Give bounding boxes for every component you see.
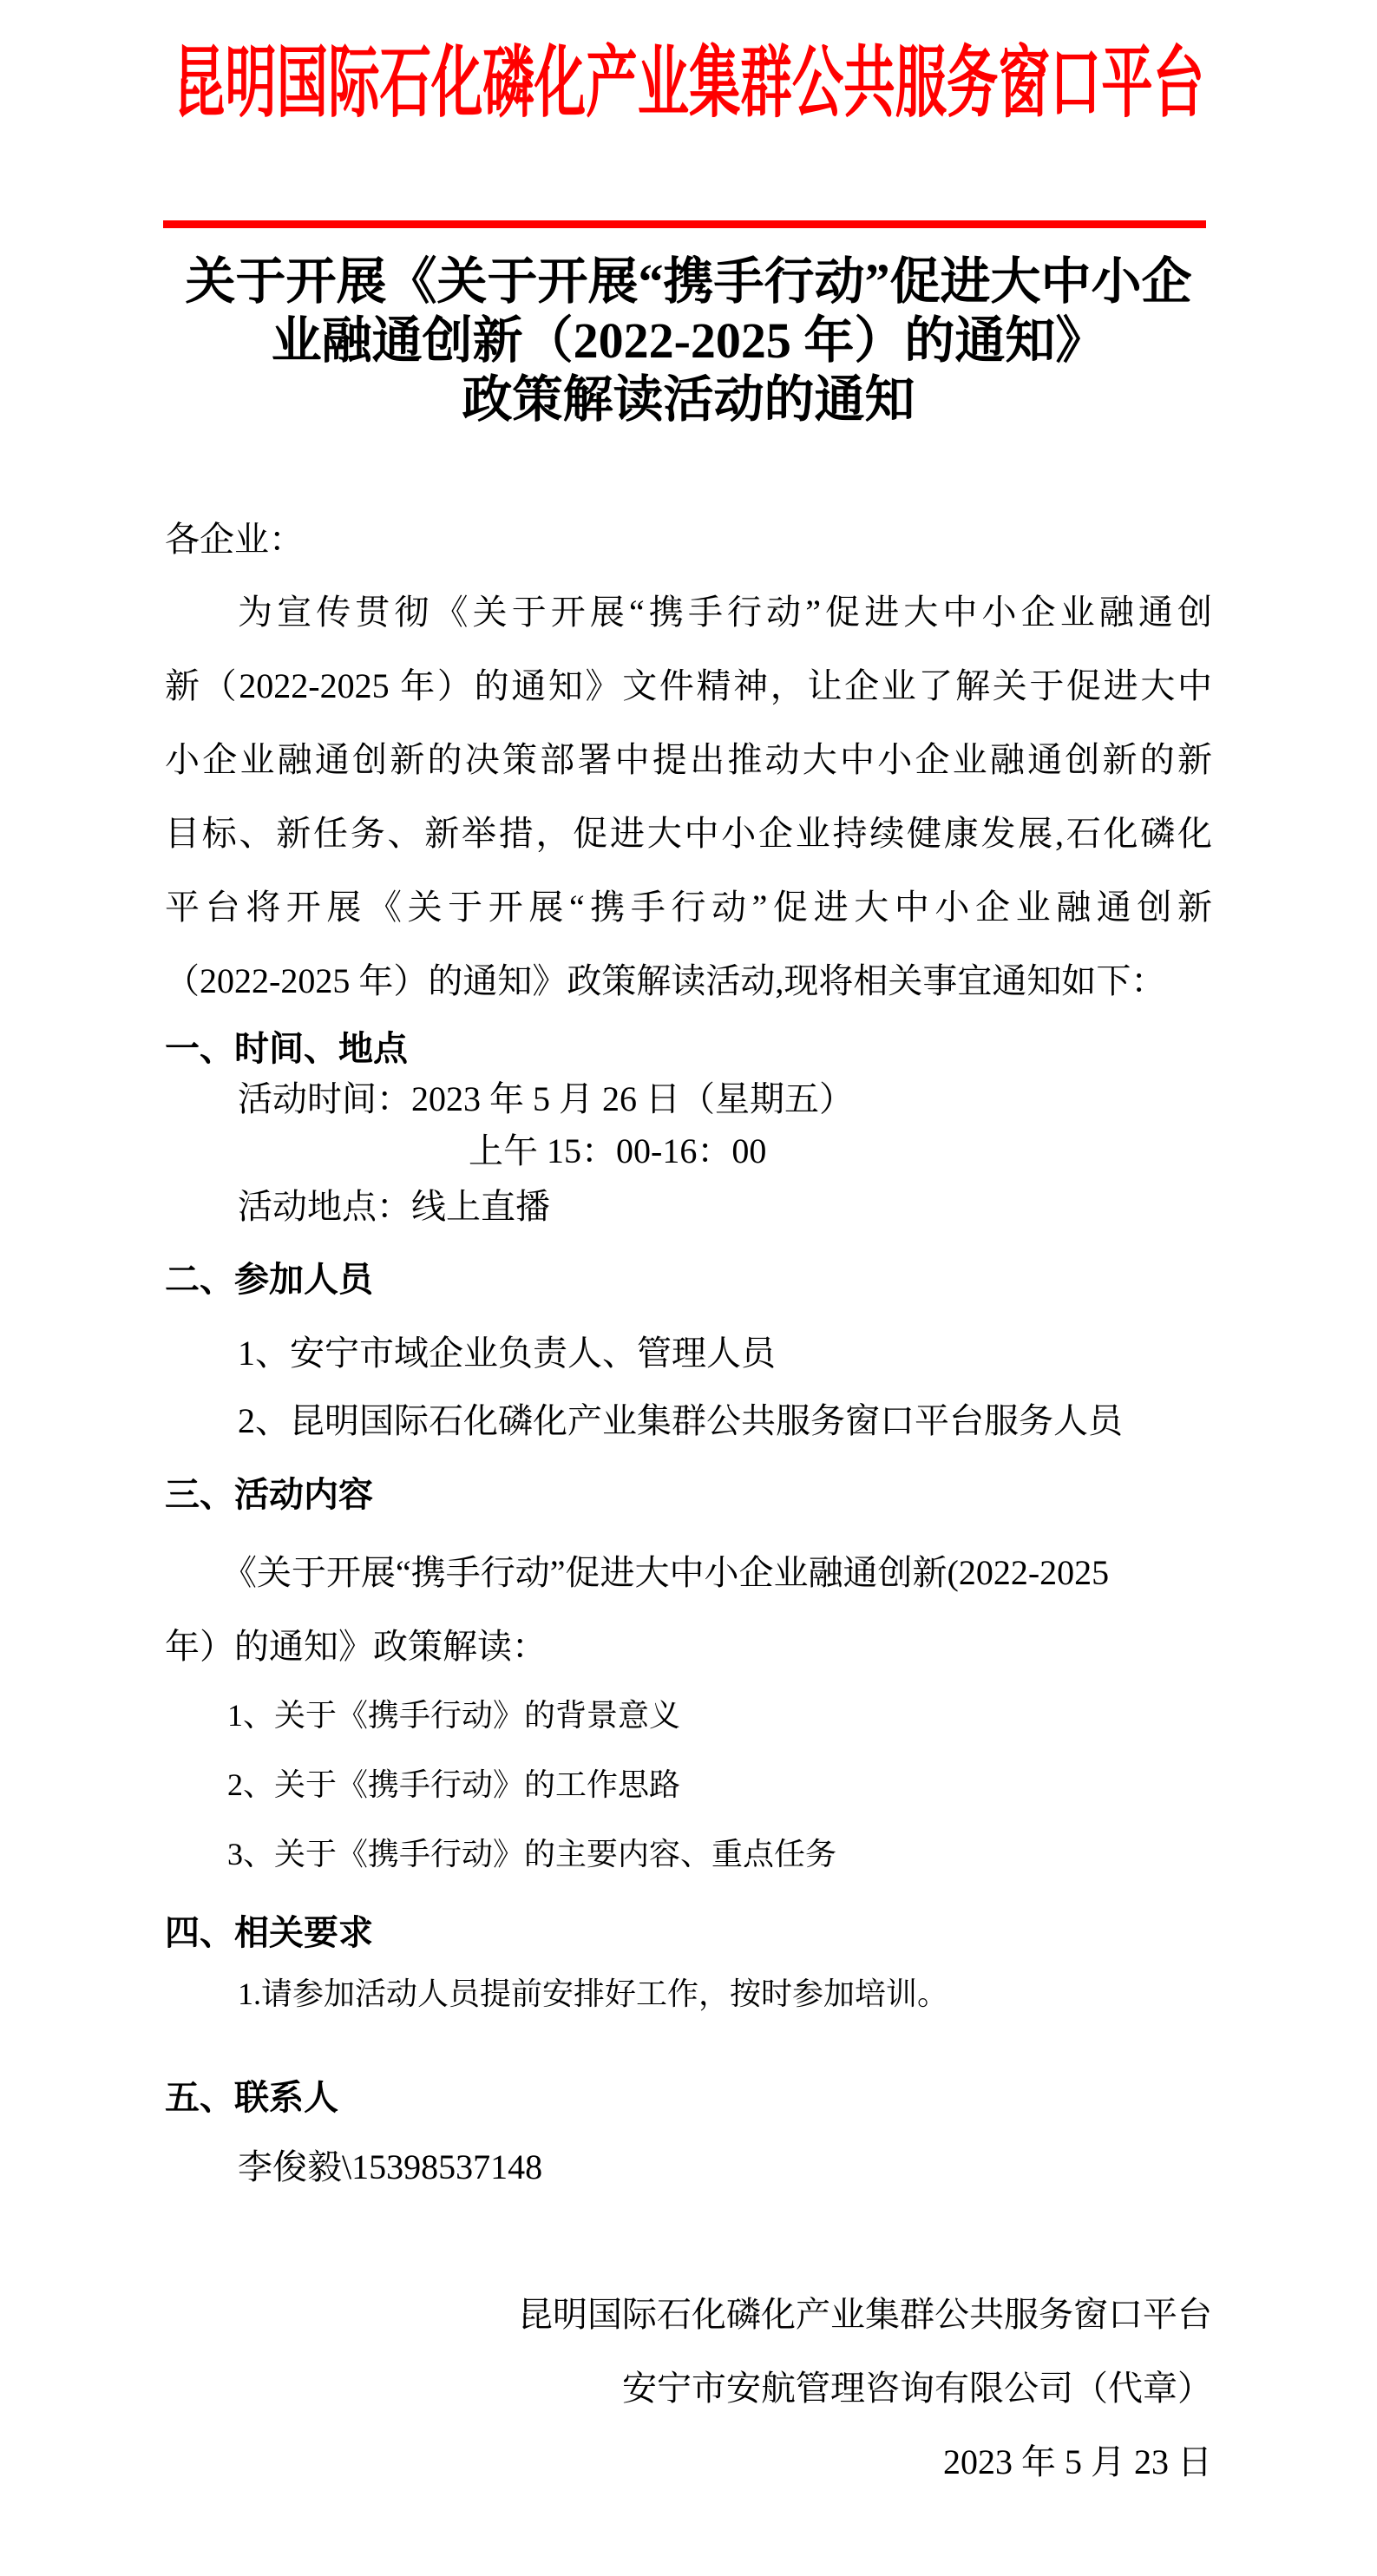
section3-item-3: 3、关于《携手行动》的主要内容、重点任务 — [165, 1835, 1212, 1874]
document-page: 昆明国际石化磷化产业集群公共服务窗口平台 关于开展《关于开展“携手行动”促进大中… — [0, 0, 1377, 2576]
section4-heading: 四、相关要求 — [165, 1911, 1212, 1955]
section1-time-line1: 活动时间：2023 年 5 月 26 日（星期五） — [165, 1078, 1212, 1121]
section3-item-1: 1、关于《携手行动》的背景意义 — [165, 1696, 1212, 1735]
section2-item-2: 2、昆明国际石化磷化产业集群公共服务窗口平台服务人员 — [165, 1399, 1212, 1443]
intro-line-6: （2022-2025 年）的通知》政策解读活动,现将相关事宜通知如下： — [165, 960, 1212, 1003]
document-title-line-1: 关于开展《关于开展“携手行动”促进大中小企 — [148, 257, 1229, 307]
intro-line-5: 平台将开展《关于开展“携手行动”促进大中小企业融通创新 — [165, 886, 1212, 929]
signature-org-line1: 昆明国际石化磷化产业集群公共服务窗口平台 — [165, 2293, 1212, 2337]
signature-date: 2023 年 5 月 23 日 — [165, 2441, 1212, 2484]
intro-line-2: 新（2022-2025 年）的通知》文件精神，让企业了解关于促进大中 — [165, 665, 1212, 708]
section5-contact: 李俊毅\15398537148 — [165, 2146, 1212, 2189]
salutation: 各企业： — [165, 518, 1212, 561]
section1-place-line: 活动地点：线上直播 — [165, 1185, 1212, 1229]
section3-item-2: 2、关于《携手行动》的工作思路 — [165, 1766, 1212, 1805]
document-title-line-2: 业融通创新（2022-2025 年）的通知》 — [148, 316, 1229, 366]
section3-heading: 三、活动内容 — [165, 1473, 1212, 1517]
document-title-line-3: 政策解读活动的通知 — [148, 375, 1229, 425]
signature-org-line2: 安宁市安航管理咨询有限公司（代章） — [165, 2367, 1212, 2410]
letterhead-red-rule — [163, 220, 1206, 228]
section2-item-1: 1、安宁市域企业负责人、管理人员 — [165, 1332, 1212, 1375]
section4-item-1: 1.请参加活动人员提前安排好工作，按时参加培训。 — [165, 1975, 1212, 2014]
intro-line-4: 目标、新任务、新举措，促进大中小企业持续健康发展,石化磷化 — [165, 812, 1212, 855]
intro-line-1: 为宣传贯彻《关于开展“携手行动”促进大中小企业融通创 — [165, 591, 1212, 634]
letterhead-platform-name: 昆明国际石化磷化产业集群公共服务窗口平台 — [174, 45, 1204, 123]
section3-para-line1: 《关于开展“携手行动”促进大中小企业融通创新(2022-2025 — [165, 1551, 1212, 1595]
section1-heading: 一、时间、地点 — [165, 1027, 1212, 1071]
section1-time-line2: 上午 15：00-16：00 — [165, 1130, 1212, 1173]
section3-para-line2: 年）的通知》政策解读： — [165, 1625, 1212, 1668]
section5-heading: 五、联系人 — [165, 2076, 1212, 2120]
section2-heading: 二、参加人员 — [165, 1258, 1212, 1301]
intro-line-3: 小企业融通创新的决策部署中提出推动大中小企业融通创新的新 — [165, 738, 1212, 782]
